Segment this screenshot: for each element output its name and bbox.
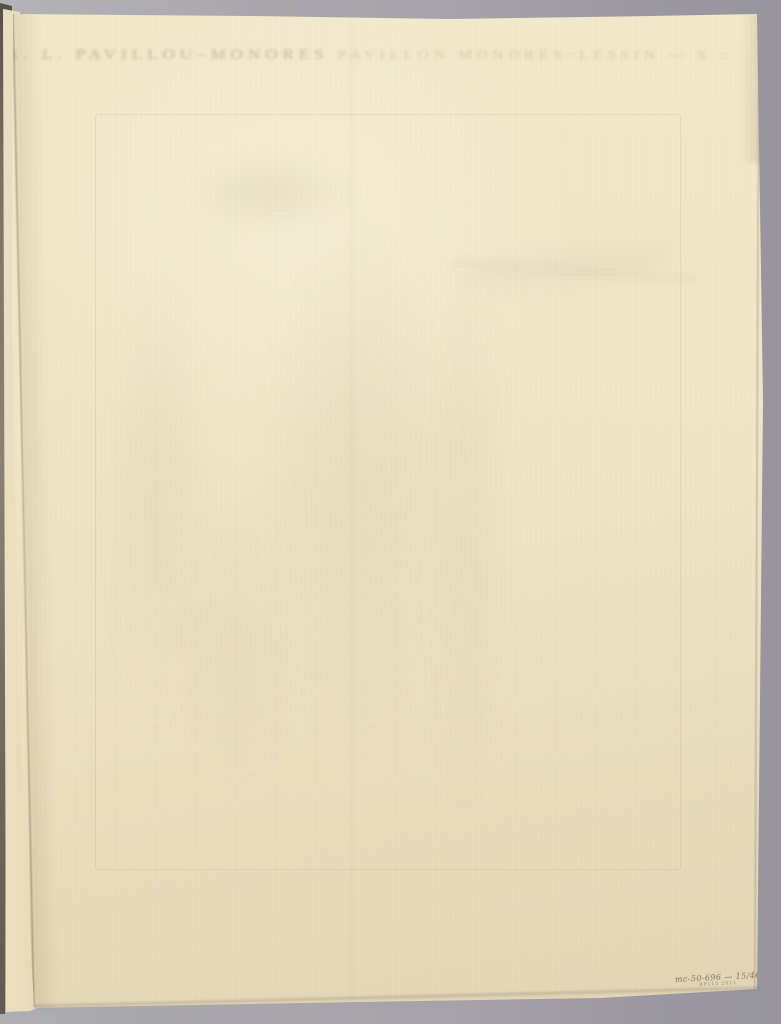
photo-backdrop: A. L. PAVILLOU–MONORES PAVILLON MONORES–… (0, 0, 781, 1024)
album-page: A. L. PAVILLOU–MONORES PAVILLON MONORES–… (0, 0, 781, 1024)
paper-grain-texture (0, 0, 781, 1024)
